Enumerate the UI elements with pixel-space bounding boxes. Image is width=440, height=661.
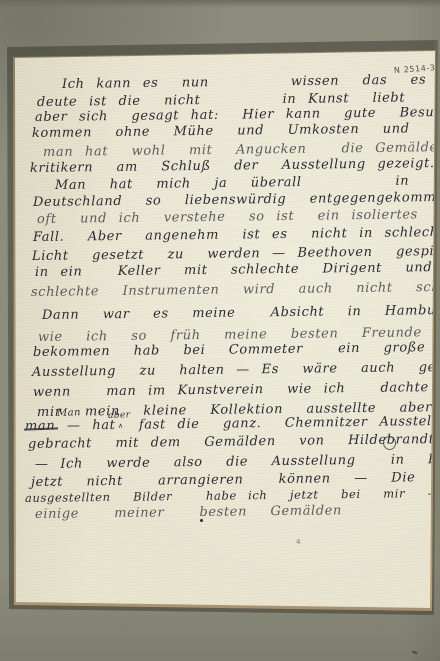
manuscript-line-20: man — hat fast die ganz. Chemnitzer Auss… bbox=[25, 415, 440, 434]
manuscript-line-16: bekommen hab bei Commeter ein große bbox=[33, 341, 425, 360]
manuscript-line-17: Ausstellung zu halten — Es wäre auch geg… bbox=[32, 360, 440, 380]
manuscript-line-18: wenn man im Kunstverein wie ich dachte bbox=[33, 381, 429, 400]
backdrop-speck-1 bbox=[412, 650, 419, 654]
manuscript-photograph: { "photo": { "archival_label": "N 2514-3… bbox=[0, 0, 440, 661]
manuscript-line-10: Fall. Aber angenehm ist es nicht in schl… bbox=[33, 226, 440, 245]
manuscript-line-22: — Ich werde also die Ausstellung in Hamb… bbox=[35, 452, 440, 472]
manuscript-line-25: einige meiner besten Gemälden bbox=[35, 504, 342, 522]
manuscript-line-13: schlechte Instrumenten wird auch nicht s… bbox=[31, 281, 440, 300]
inserted-word-3: ∧ bbox=[118, 422, 124, 430]
manuscript-line-12: in ein Keller mit schlechte Dirigent und bbox=[35, 261, 432, 280]
manuscript-line-9: oft und ich verstehe so ist ein isoliert… bbox=[37, 208, 418, 227]
manuscript-line-21: gebracht mit dem Gemälden von Hildebrand… bbox=[28, 433, 440, 452]
ink-blot-1 bbox=[200, 519, 203, 522]
inserted-word-2: aber bbox=[108, 410, 131, 421]
faint-pencil-mark-1: 4 bbox=[296, 538, 300, 546]
inserted-word-1: Man bbox=[57, 407, 81, 419]
manuscript-paper: N 2514-3 Ich kann es nun wissen das esde… bbox=[0, 0, 440, 661]
manuscript-line-4: kommen ohne Mühe und Umkosten und bbox=[32, 122, 410, 141]
manuscript-line-1: Ich kann es nun wissen das es bbox=[62, 74, 426, 92]
manuscript-line-14: Dann war es meine Absicht in Hamburg bbox=[42, 304, 440, 323]
